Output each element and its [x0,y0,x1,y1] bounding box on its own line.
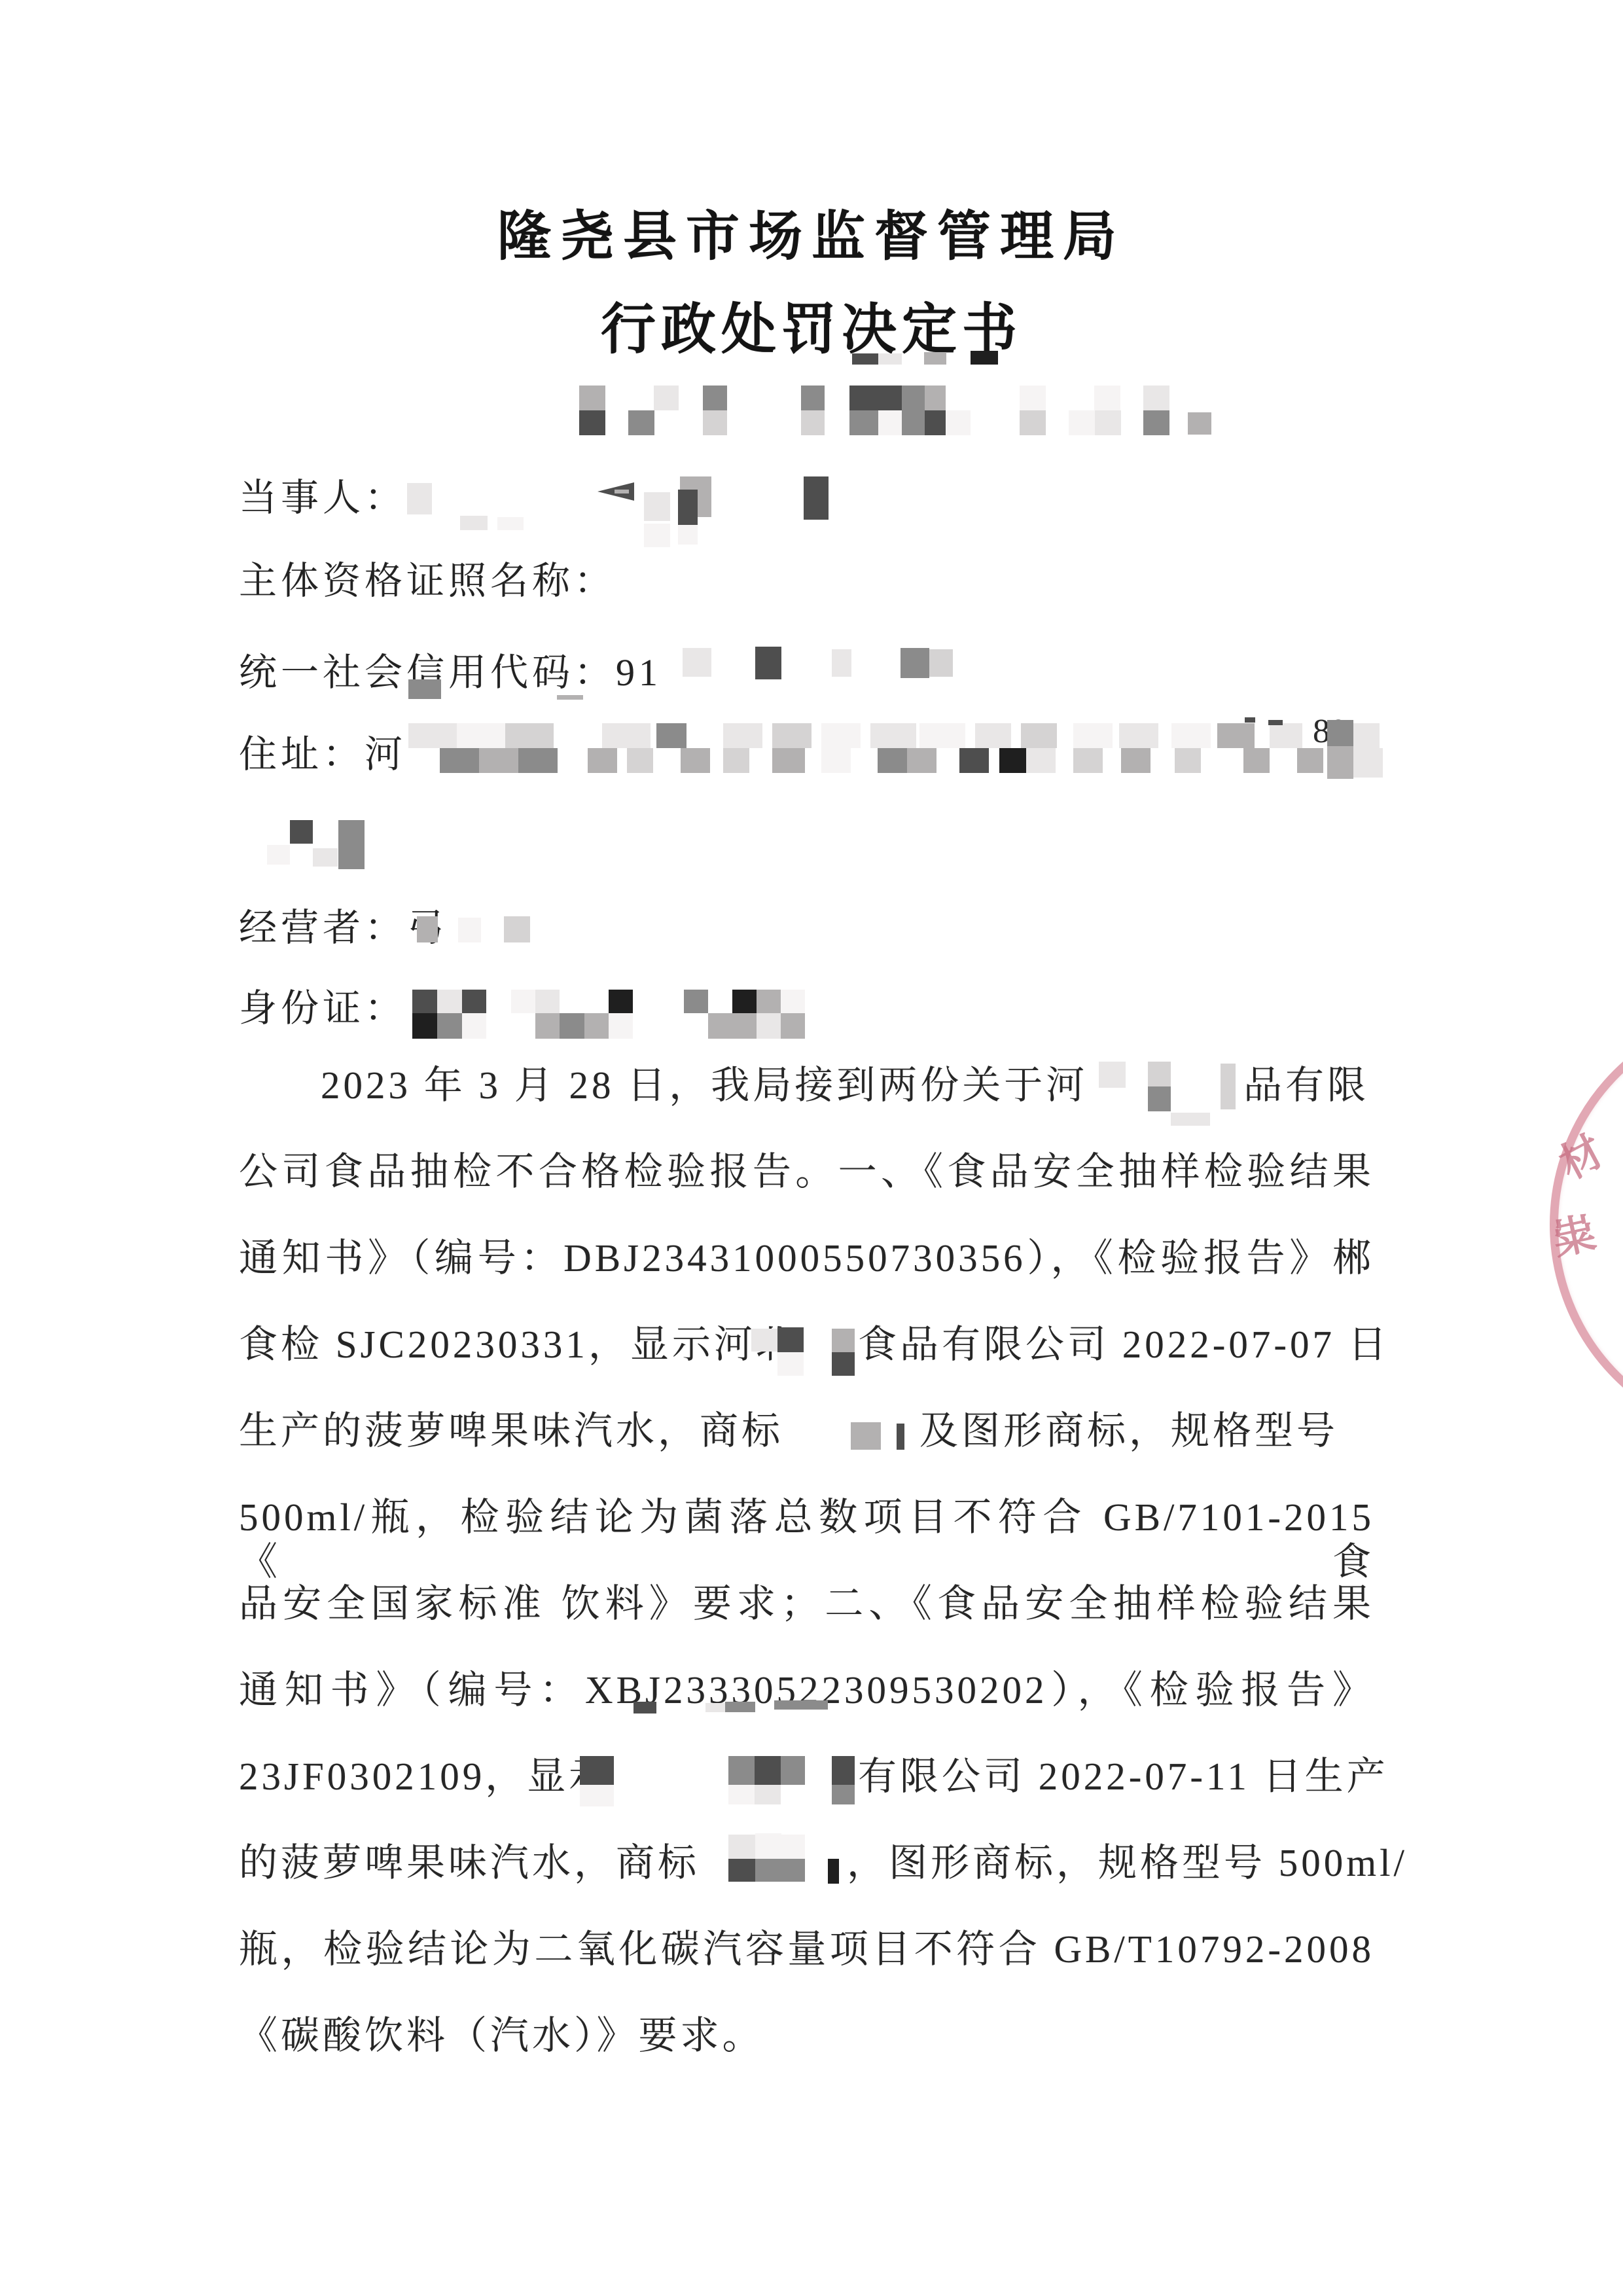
redaction-block [412,1013,437,1039]
redaction-block [878,353,902,365]
redaction-block [560,1013,584,1039]
redaction-block [437,990,462,1013]
redaction-block [878,386,902,410]
redaction-block [684,990,708,1013]
redaction-block [1073,748,1103,773]
redaction-block [777,1327,804,1352]
redaction-block [580,1785,614,1806]
redaction-block [267,845,290,865]
body-line-6: 500ml/瓶，检验结论为菌落总数项目不符合 GB/7101-2015《食 [239,1496,1374,1585]
redaction-block [579,410,605,435]
redaction-block [728,1859,755,1882]
redaction-block [757,1013,781,1039]
redaction-block [849,386,878,410]
redaction-block [1268,720,1283,725]
redaction-block [999,748,1026,773]
redaction-block [504,916,530,942]
redaction-block [703,410,727,435]
redaction-block [728,1785,755,1804]
redaction-block [408,723,457,748]
redaction-block [535,1013,560,1039]
redaction-block [832,1785,855,1804]
redaction-block [878,410,902,435]
redaction-block [708,1013,732,1039]
redaction-block [290,820,313,844]
redaction-block [849,410,878,435]
redaction-block [579,386,605,410]
redaction-block [1148,1086,1171,1111]
redaction-block [801,386,825,410]
redaction-block [408,679,441,699]
field-row-address: 住址：河 [239,723,406,778]
redaction-block [821,748,851,773]
field-value-fragment-credit-code: 91 [616,651,662,694]
redaction-block [1021,723,1057,748]
redaction-block [1188,412,1211,435]
redaction-block [1069,410,1095,435]
field-row-party: 当事人： [239,467,406,522]
redaction-block [458,918,481,942]
redaction-block [1026,748,1056,773]
redaction-block [755,1859,781,1882]
body-text-segment: ，图形商标，规格型号 500ml/ [847,1841,1408,1886]
redaction-block [723,748,749,773]
redaction-block [705,1703,725,1712]
redaction-block [828,1859,839,1884]
body-text-segment: 《碳酸饮料（汽水）》要求。 [239,2014,764,2058]
redaction-block [609,990,633,1013]
redaction-block [728,1835,755,1859]
body-line-3: 通知书》（编号：DBJ23431000550730356），《检验报告》郴 [239,1236,1374,1281]
redaction-block [832,1756,855,1785]
redaction-block [1353,748,1383,778]
redaction-block [751,1329,777,1352]
redaction-block [518,748,558,773]
redaction-block [781,1756,805,1785]
body-text-segment: 品有限 [1243,1064,1369,1108]
redaction-block [633,1702,656,1713]
redaction-block [728,1756,755,1785]
redaction-block [1121,748,1150,773]
field-label-operator: 经营者： [239,906,406,949]
redaction-block [772,748,805,773]
redaction-block [1020,410,1046,435]
redaction-block [479,748,518,773]
redaction-block [1094,386,1120,410]
redaction-block [851,1422,881,1450]
redaction-block [774,1700,828,1710]
redaction-block [1245,717,1255,723]
redaction-block [678,490,698,525]
redaction-block [852,353,878,365]
redaction-block [755,1756,781,1785]
body-text-segment: 23JF0302109，显示 [239,1755,611,1799]
redaction-block [919,723,965,748]
redaction-block [732,1013,757,1039]
field-row-cert-name: 主体资格证照名称： [239,550,616,605]
redaction-block [971,351,998,365]
field-label-cert-name: 主体资格证照名称： [239,560,616,602]
redaction-block [1217,723,1255,748]
redaction-block [703,386,727,410]
redaction-block [902,410,925,435]
redaction-block [781,1835,805,1859]
redaction-block [338,845,365,869]
redaction-block [732,990,757,1013]
redaction-block [497,517,524,530]
redaction-block [440,748,479,773]
redaction-block [654,386,679,410]
redaction-block [1119,723,1158,748]
redaction-block [821,723,861,748]
redaction-block [772,723,811,748]
field-label-party: 当事人： [239,476,406,519]
body-text-segment: 食检 SJC20230331，显示河北 [239,1323,798,1367]
redaction-block [755,647,781,679]
redaction-block [1353,723,1380,748]
body-line-7: 品安全国家标准 饮料》要求；二、《食品安全抽样检验结果 [239,1582,1374,1626]
redaction-block [832,649,851,677]
scanned-document-page: 隆尧县市场监督管理局 行政处罚决定书 当事人：主体资格证照名称：统一社会信用代码… [0,0,1623,2296]
redaction-block [929,649,953,677]
body-text-segment: 食品有限公司 2022-07-07 日 [858,1323,1390,1367]
redaction-block [725,1702,755,1712]
redaction-block [1020,386,1046,410]
redaction-block [656,723,687,748]
redaction-block [1270,723,1302,748]
redaction-block [1143,386,1169,410]
redaction-block [1148,1062,1171,1086]
redaction-block [338,820,365,845]
redaction-block [1175,748,1201,773]
field-row-id-card: 身份证： [239,977,406,1032]
redaction-block [644,492,670,521]
redaction-block [755,1833,781,1859]
field-label-address: 住址： [239,733,365,776]
redaction-block [897,1424,904,1450]
redaction-block [1171,723,1211,748]
redaction-block [925,410,946,435]
redaction-block [902,386,925,410]
redaction-block [777,1352,804,1376]
redaction-block [628,410,654,435]
redaction-block [417,916,438,942]
redaction-block [1327,746,1353,779]
redaction-block [615,490,629,493]
redaction-block [627,748,653,773]
redaction-block [1073,723,1113,748]
body-text-segment: 2023 年 3 月 28 日，我局接到两份关于河 [321,1064,1088,1108]
redaction-block [801,410,825,435]
redaction-block [407,483,432,514]
redaction-block [959,748,989,773]
redaction-block [907,748,936,773]
redaction-block [412,990,437,1013]
redaction-block [832,1329,855,1352]
field-value-fragment-address: 河 [365,733,406,776]
body-text-segment: 生产的菠萝啤果味汽水，商标 [239,1409,783,1454]
redaction-block [505,723,554,748]
body-text-segment: 的菠萝啤果味汽水，商标 [239,1841,700,1886]
redaction-block [757,990,781,1013]
redaction-block [602,723,651,748]
body-line-2: 公司食品抽检不合格检验报告。一、《食品安全抽样检验结果 [239,1150,1374,1194]
redaction-block [755,1785,781,1804]
redaction-block [584,1013,609,1039]
redaction-block [723,723,762,748]
document-title-type: 行政处罚决定书 [0,285,1623,365]
redaction-block [1297,748,1323,773]
redaction-block [870,723,916,748]
redaction-block [832,1352,855,1376]
redaction-block [437,1013,462,1039]
redaction-block [1099,1062,1126,1088]
redaction-block [580,1756,614,1785]
field-label-id-card: 身份证： [239,987,406,1030]
redaction-block [457,723,505,748]
redaction-block [781,1013,805,1039]
redaction-block [878,748,907,773]
redaction-block [1171,1113,1210,1126]
redaction-block [460,516,488,530]
redaction-block [1095,410,1121,435]
redaction-block [781,1859,805,1882]
redaction-block [1327,720,1353,746]
redaction-block [1221,1064,1236,1109]
redaction-block [925,386,946,410]
redaction-block [683,648,711,677]
redaction-block [609,1013,633,1039]
redaction-block [781,990,805,1013]
redaction-block [511,990,535,1013]
field-row-credit-code: 统一社会信用代码：91 [239,641,662,696]
redaction-block [313,848,338,867]
redaction-block [557,695,583,700]
redaction-block [901,648,929,678]
redaction-block [462,1013,486,1039]
redaction-block [804,476,829,520]
body-text-segment: 及图形商标，规格型号 [919,1409,1338,1454]
redaction-block [681,748,710,773]
redaction-block [1143,410,1169,435]
body-line-11: 瓶，检验结论为二氧化碳汽容量项目不符合 GB/T10792-2008 [239,1928,1374,1972]
redaction-block [462,990,486,1013]
redaction-block [678,525,698,545]
body-text-segment: 有限公司 2022-07-11 日生产 [858,1755,1389,1799]
redaction-block [588,748,617,773]
document-title-agency: 隆尧县市场监督管理局 [0,194,1623,270]
redaction-block [946,410,971,435]
redaction-block [535,990,560,1013]
redaction-block [644,524,670,547]
redaction-block [924,352,946,365]
redaction-block [975,723,1011,748]
redaction-block [1243,748,1270,773]
